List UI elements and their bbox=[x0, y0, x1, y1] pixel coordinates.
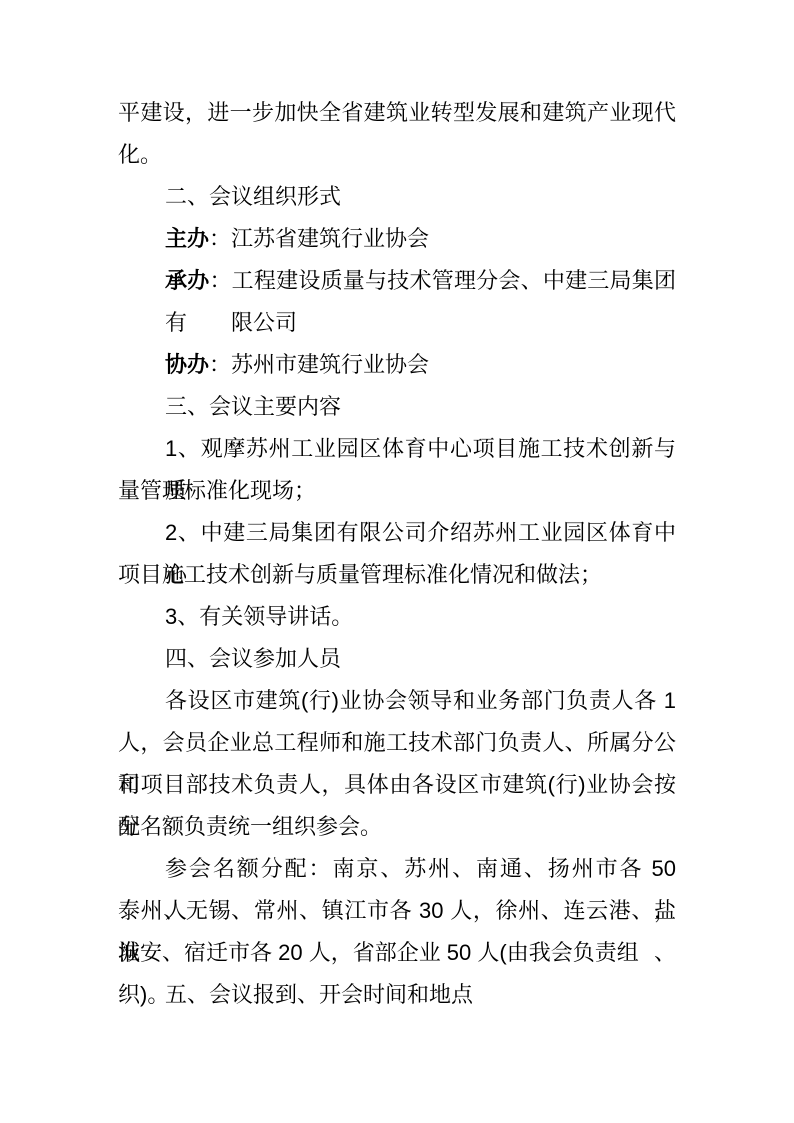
text-line: 化。 bbox=[118, 134, 676, 176]
text-line: 协办：苏州市建筑行业协会 bbox=[118, 344, 676, 386]
text-line: 平建设，进一步加快全省建筑业转型发展和建筑产业现代 bbox=[118, 92, 676, 134]
text-run: 配名额负责统一组织参会。 bbox=[118, 814, 382, 839]
text-line: 主办：江苏省建筑行业协会 bbox=[118, 218, 676, 260]
text-run: 限公司 bbox=[231, 310, 297, 335]
text-line: 五、会议报到、开会时间和地点 bbox=[118, 974, 676, 1016]
text-run: 四、会议参加人员 bbox=[165, 646, 341, 671]
text-line: 限公司 bbox=[118, 302, 676, 344]
text-line: 和项目部技术负责人，具体由各设区市建筑(行)业协会按分 bbox=[118, 764, 676, 806]
text-run: 化。 bbox=[118, 142, 162, 167]
text-line: 三、会议主要内容 bbox=[118, 386, 676, 428]
text-run: 各设区市建筑(行)业协会领导和业务部门负责人各 1 bbox=[165, 688, 676, 713]
document-text-block: 平建设，进一步加快全省建筑业转型发展和建筑产业现代化。二、会议组织形式主办：江苏… bbox=[118, 92, 676, 1016]
document-page: 平建设，进一步加快全省建筑业转型发展和建筑产业现代化。二、会议组织形式主办：江苏… bbox=[0, 0, 794, 1123]
text-run: ：苏州市建筑行业协会 bbox=[209, 352, 429, 377]
text-run: 量管理标准化现场； bbox=[118, 478, 316, 503]
text-run: 平建设，进一步加快全省建筑业转型发展和建筑产业现代 bbox=[118, 100, 676, 125]
label-run: 承办 bbox=[165, 268, 209, 293]
text-line: 项目施工技术创新与质量管理标准化情况和做法； bbox=[118, 554, 676, 596]
text-line: 淮安、宿迁市各 20 人，省部企业 50 人(由我会负责组织)。 bbox=[118, 932, 676, 974]
text-line: 配名额负责统一组织参会。 bbox=[118, 806, 676, 848]
text-line: 参会名额分配：南京、苏州、南通、扬州市各 50 人， bbox=[118, 848, 676, 890]
label-run: 协办 bbox=[165, 352, 209, 377]
text-line: 各设区市建筑(行)业协会领导和业务部门负责人各 1 bbox=[118, 680, 676, 722]
text-line: 量管理标准化现场； bbox=[118, 470, 676, 512]
text-line: 承办：工程建设质量与技术管理分会、中建三局集团有 bbox=[118, 260, 676, 302]
text-run: 3、有关领导讲话。 bbox=[165, 604, 353, 629]
text-line: 人，会员企业总工程师和施工技术部门负责人、所属分公司 bbox=[118, 722, 676, 764]
text-line: 3、有关领导讲话。 bbox=[118, 596, 676, 638]
text-line: 泰州、无锡、常州、镇江市各 30 人，徐州、连云港、盐城、 bbox=[118, 890, 676, 932]
text-line: 2、中建三局集团有限公司介绍苏州工业园区体育中心 bbox=[118, 512, 676, 554]
text-run: 二、会议组织形式 bbox=[165, 184, 341, 209]
text-run: 三、会议主要内容 bbox=[165, 394, 341, 419]
text-run: 五、会议报到、开会时间和地点 bbox=[165, 982, 473, 1007]
text-run: ：江苏省建筑行业协会 bbox=[209, 226, 429, 251]
text-line: 四、会议参加人员 bbox=[118, 638, 676, 680]
text-line: 二、会议组织形式 bbox=[118, 176, 676, 218]
text-run: 项目施工技术创新与质量管理标准化情况和做法； bbox=[118, 562, 602, 587]
text-line: 1、观摩苏州工业园区体育中心项目施工技术创新与质 bbox=[118, 428, 676, 470]
label-run: 主办 bbox=[165, 226, 209, 251]
